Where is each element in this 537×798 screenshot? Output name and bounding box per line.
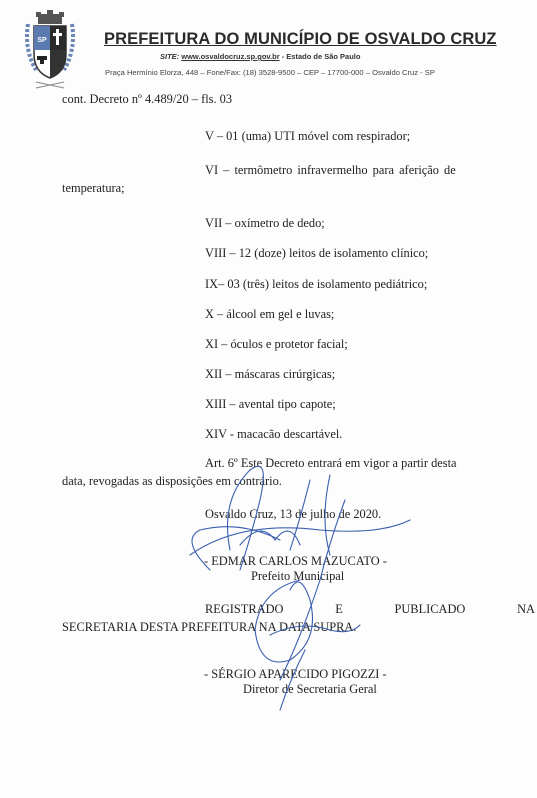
- item-xiv: XIV - macacão descartável.: [205, 427, 342, 442]
- signer1-name: - EDMAR CARLOS MAZUCATO -: [204, 554, 387, 569]
- item-vi-continuation: temperatura;: [62, 181, 125, 196]
- municipal-crest-logo: SP: [22, 10, 78, 90]
- item-ix: IX– 03 (três) leitos de isolamento pediá…: [205, 277, 427, 292]
- item-v: V – 01 (uma) UTI móvel com respirador;: [205, 129, 410, 144]
- item-viii: VIII – 12 (doze) leitos de isolamento cl…: [205, 246, 428, 261]
- item-xii: XII – máscaras cirúrgicas;: [205, 367, 335, 382]
- item-vii: VII – oxímetro de dedo;: [205, 216, 325, 231]
- address-line: Praça Hermínio Elorza, 448 – Fone/Fax: (…: [105, 68, 435, 77]
- item-x: X – álcool em gel e luvas;: [205, 307, 334, 322]
- item-vi: VI – termômetro infravermelho para aferi…: [205, 163, 456, 178]
- registered-line1: REGISTRADO E PUBLICADO NA: [205, 602, 535, 617]
- item-xiii: XIII – avental tipo capote;: [205, 397, 336, 412]
- continuation-line: cont. Decreto nº 4.489/20 – fls. 03: [62, 92, 232, 107]
- signer1-role: Prefeito Municipal: [251, 569, 344, 584]
- site-suffix: - Estado de São Paulo: [280, 52, 361, 61]
- registered-word-4: NA: [517, 602, 535, 617]
- registered-word-1: REGISTRADO: [205, 602, 283, 617]
- signer2-name: - SÉRGIO APARECIDO PIGOZZI -: [204, 667, 387, 682]
- site-line: SITE: www.osvaldocruz.sp.gov.br - Estado…: [160, 52, 360, 61]
- registered-word-3: PUBLICADO: [394, 602, 465, 617]
- site-label: SITE:: [160, 52, 179, 61]
- place-date: Osvaldo Cruz, 13 de julho de 2020.: [205, 507, 381, 522]
- item-xi: XI – óculos e protetor facial;: [205, 337, 348, 352]
- registered-word-2: E: [335, 602, 343, 617]
- article-6-line1: Art. 6º Este Decreto entrará em vigor a …: [205, 456, 457, 471]
- page-title: PREFEITURA DO MUNICÍPIO DE OSVALDO CRUZ: [104, 30, 497, 49]
- signer2-role: Diretor de Secretaria Geral: [243, 682, 377, 697]
- crest-initials: SP: [37, 37, 47, 44]
- registered-line2: SECRETARIA DESTA PREFEITURA NA DATA SUPR…: [62, 620, 356, 635]
- article-6-line2: data, revogadas as disposições em contrá…: [62, 474, 282, 489]
- site-url[interactable]: www.osvaldocruz.sp.gov.br: [181, 52, 279, 61]
